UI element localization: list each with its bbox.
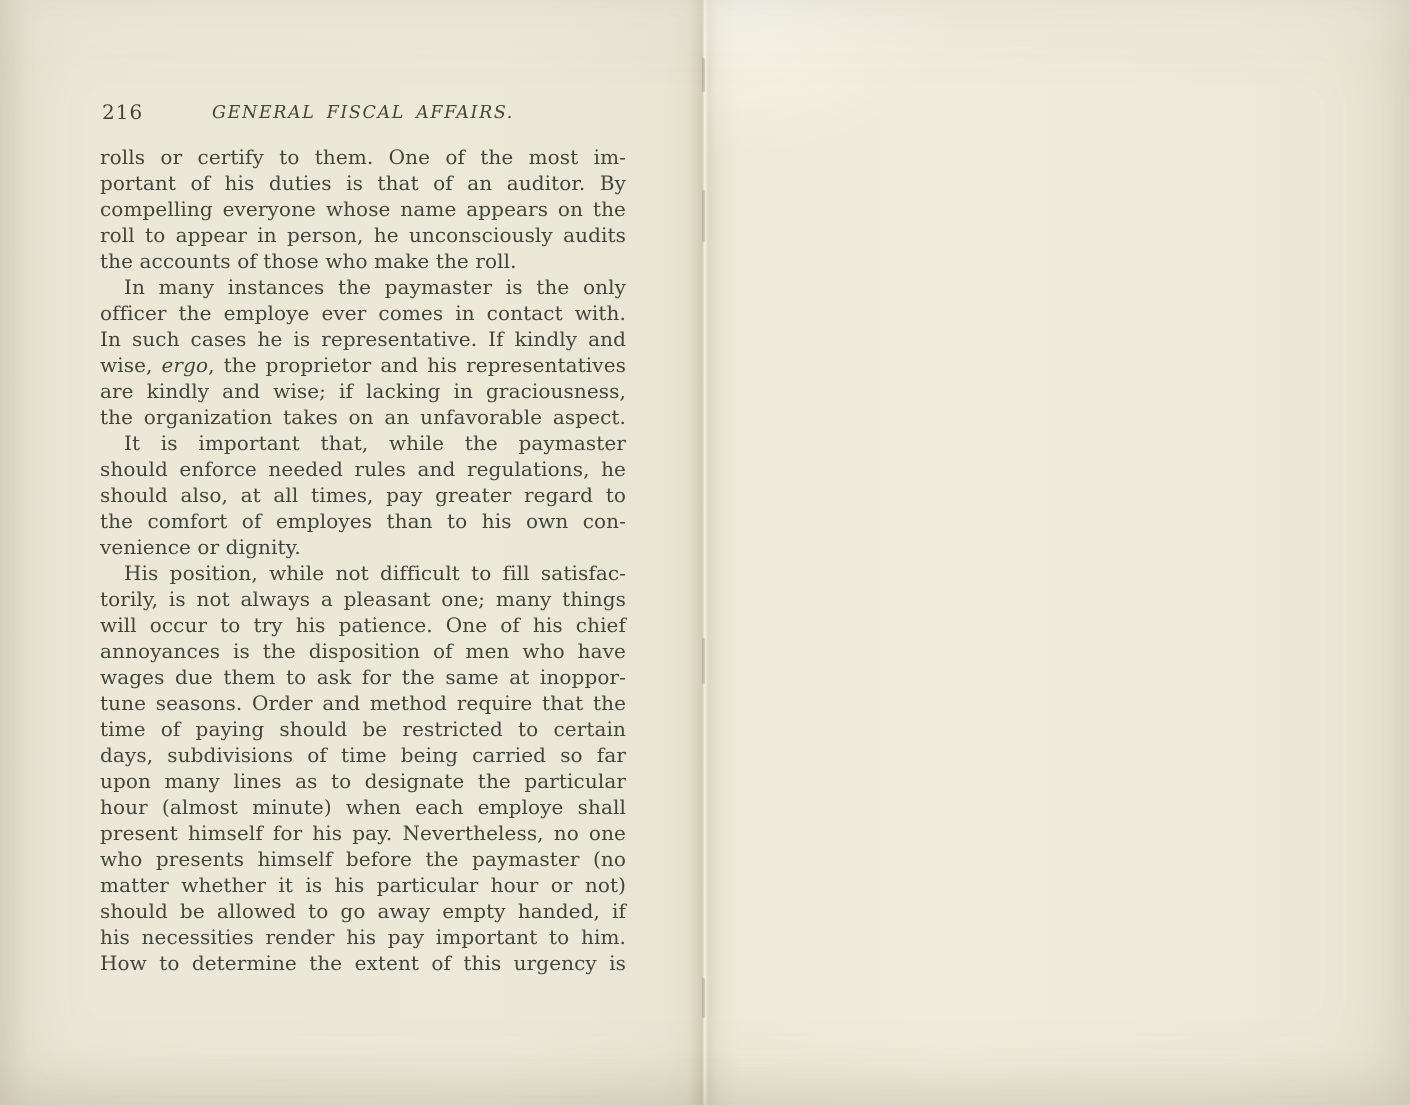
text-line: upon many lines as to designate the part… <box>100 768 626 794</box>
text-line: hour (almost minute) when each employe s… <box>100 794 626 820</box>
text-line: wages due them to ask for the same at in… <box>100 664 626 690</box>
book-spread: 216 GENERAL FISCAL AFFAIRS. rolls or cer… <box>0 0 1410 1105</box>
text-line: should also, at all times, pay greater r… <box>100 482 626 508</box>
text-line: How to determine the extent of this urge… <box>100 950 626 976</box>
text-line: present himself for his pay. Nevertheles… <box>100 820 626 846</box>
text-line: rolls or certify to them. One of the mos… <box>100 144 626 170</box>
text-line: who presents himself before the paymaste… <box>100 846 626 872</box>
running-header-left: GENERAL FISCAL AFFAIRS. <box>100 100 626 126</box>
page-left: 216 GENERAL FISCAL AFFAIRS. rolls or cer… <box>0 0 704 1105</box>
page-right: PAYMENT OF WAGES. 217 one of the perplex… <box>704 0 1410 1105</box>
text-line: the comfort of employes than to his own … <box>100 508 626 534</box>
text-line: venience or dignity. <box>100 534 626 560</box>
text-line: annoyances is the disposition of men who… <box>100 638 626 664</box>
text-line: should enforce needed rules and regulati… <box>100 456 626 482</box>
text-line: tune seasons. Order and method require t… <box>100 690 626 716</box>
text-line: officer the employe ever comes in contac… <box>100 300 626 326</box>
text-line: the accounts of those who make the roll. <box>100 248 626 274</box>
text-line: portant of his duties is that of an audi… <box>100 170 626 196</box>
text-line: days, subdivisions of time being carried… <box>100 742 626 768</box>
page-left-header: 216 GENERAL FISCAL AFFAIRS. <box>100 99 626 125</box>
text-line: compelling everyone whose name appears o… <box>100 196 626 222</box>
text-line: his necessities render his pay important… <box>100 924 626 950</box>
text-line: roll to appear in person, he unconscious… <box>100 222 626 248</box>
text-line: are kindly and wise; if lacking in graci… <box>100 378 626 404</box>
text-line: the organization takes on an unfavorable… <box>100 404 626 430</box>
text-line: matter whether it is his particular hour… <box>100 872 626 898</box>
text-line: His position, while not difficult to fil… <box>100 560 626 586</box>
text-line: wise, ergo, the proprietor and his repre… <box>100 352 626 378</box>
text-line: time of paying should be restricted to c… <box>100 716 626 742</box>
text-line: should be allowed to go away empty hande… <box>100 898 626 924</box>
text-line: torily, is not always a pleasant one; ma… <box>100 586 626 612</box>
left-text-block: rolls or certify to them. One of the mos… <box>100 144 626 976</box>
text-line: It is important that, while the paymaste… <box>100 430 626 456</box>
text-line: will occur to try his patience. One of h… <box>100 612 626 638</box>
text-line: In such cases he is representative. If k… <box>100 326 626 352</box>
text-line: In many instances the paymaster is the o… <box>100 274 626 300</box>
